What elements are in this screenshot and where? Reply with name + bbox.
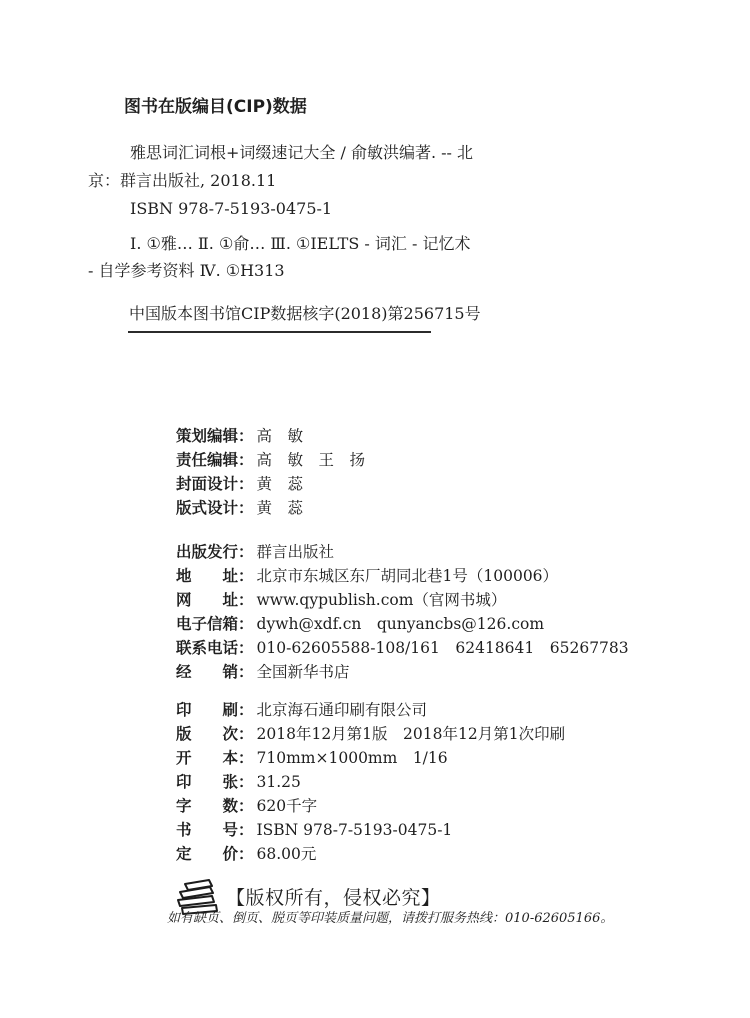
field-label: 开 本： <box>176 749 254 767</box>
editors-group: 策划编辑：高 敏 责任编辑：高 敏 王 扬 封面设计：黄 蕊 版式设计：黄 蕊 <box>176 424 629 520</box>
colophon-row: 网 址：www.qypublish.com（官网书城） <box>176 588 629 612</box>
colophon-row: 印 张：31.25 <box>176 770 629 794</box>
field-label: 责任编辑： <box>176 451 254 469</box>
field-value: 31.25 <box>257 773 301 791</box>
field-label: 字 数： <box>176 797 254 815</box>
field-label: 版 次： <box>176 725 254 743</box>
cip-publisher-line: 京：群言出版社, 2018.11 <box>88 167 668 195</box>
cip-classification-line-1: Ⅰ. ①雅… Ⅱ. ①俞… Ⅲ. ①IELTS - 词汇 - 记忆术 <box>88 230 668 257</box>
field-value: 黄 蕊 <box>257 475 304 493</box>
colophon-row: 责任编辑：高 敏 王 扬 <box>176 448 629 472</box>
field-value: ISBN 978-7-5193-0475-1 <box>257 821 453 839</box>
copyright-page: 图书在版编目(CIP)数据 雅思词汇词根+词缀速记大全 / 俞敏洪编著. -- … <box>0 0 750 1018</box>
cip-record-number: 中国版本图书馆CIP数据核字(2018)第256715号 <box>129 301 481 324</box>
colophon-row: 定 价：68.00元 <box>176 842 629 866</box>
colophon: 策划编辑：高 敏 责任编辑：高 敏 王 扬 封面设计：黄 蕊 版式设计：黄 蕊 … <box>176 424 629 866</box>
colophon-row: 版 次：2018年12月第1版 2018年12月第1次印刷 <box>176 722 629 746</box>
field-label: 策划编辑： <box>176 427 254 445</box>
field-value: 010-62605588-108/161 62418641 65267783 <box>257 639 629 657</box>
field-value: 68.00元 <box>257 845 317 863</box>
field-label: 地 址： <box>176 567 254 585</box>
field-label: 印 张： <box>176 773 254 791</box>
colophon-row: 印 刷：北京海石通印刷有限公司 <box>176 698 629 722</box>
cip-heading: 图书在版编目(CIP)数据 <box>124 92 307 117</box>
cip-title-line: 雅思词汇词根+词缀速记大全 / 俞敏洪编著. -- 北 <box>88 139 668 167</box>
field-value: 北京市东城区东厂胡同北巷1号（100006） <box>257 567 559 585</box>
field-value: 群言出版社 <box>257 543 335 561</box>
field-label: 书 号： <box>176 821 254 839</box>
colophon-row: 联系电话：010-62605588-108/161 62418641 65267… <box>176 636 629 660</box>
field-value: 高 敏 <box>257 427 304 445</box>
field-value: 2018年12月第1版 2018年12月第1次印刷 <box>257 725 566 743</box>
colophon-row: 版式设计：黄 蕊 <box>176 496 629 520</box>
field-value: 全国新华书店 <box>257 663 350 681</box>
field-value: 高 敏 王 扬 <box>257 451 366 469</box>
field-value: 北京海石通印刷有限公司 <box>257 701 428 719</box>
colophon-row: 地 址：北京市东城区东厂胡同北巷1号（100006） <box>176 564 629 588</box>
field-label: 网 址： <box>176 591 254 609</box>
colophon-row: 书 号：ISBN 978-7-5193-0475-1 <box>176 818 629 842</box>
field-label: 封面设计： <box>176 475 254 493</box>
field-value: dywh@xdf.cn qunyancbs@126.com <box>257 615 545 633</box>
field-value: 620千字 <box>257 797 318 815</box>
field-label: 经 销： <box>176 663 254 681</box>
publisher-group: 出版发行：群言出版社 地 址：北京市东城区东厂胡同北巷1号（100006） 网 … <box>176 540 629 684</box>
field-label: 印 刷： <box>176 701 254 719</box>
cip-description-paragraph: 雅思词汇词根+词缀速记大全 / 俞敏洪编著. -- 北 京：群言出版社, 201… <box>88 139 668 223</box>
colophon-row: 封面设计：黄 蕊 <box>176 472 629 496</box>
field-label: 出版发行： <box>176 543 254 561</box>
field-label: 联系电话： <box>176 639 254 657</box>
cip-classification-line-2: - 自学参考资料 Ⅳ. ①H313 <box>88 257 668 284</box>
colophon-row: 经 销：全国新华书店 <box>176 660 629 684</box>
divider-line <box>128 331 431 333</box>
field-label: 电子信箱： <box>176 615 254 633</box>
field-label: 定 价： <box>176 845 254 863</box>
field-value: www.qypublish.com（官网书城） <box>257 591 507 609</box>
cip-classification-paragraph: Ⅰ. ①雅… Ⅱ. ①俞… Ⅲ. ①IELTS - 词汇 - 记忆术 - 自学参… <box>88 230 668 284</box>
cip-isbn-line: ISBN 978-7-5193-0475-1 <box>88 195 668 223</box>
colophon-row: 出版发行：群言出版社 <box>176 540 629 564</box>
field-value: 黄 蕊 <box>257 499 304 517</box>
colophon-row: 策划编辑：高 敏 <box>176 424 629 448</box>
field-label: 版式设计： <box>176 499 254 517</box>
printing-group: 印 刷：北京海石通印刷有限公司 版 次：2018年12月第1版 2018年12月… <box>176 698 629 866</box>
copyright-notice: 【版权所有，侵权必究】 <box>226 883 441 910</box>
colophon-row: 电子信箱：dywh@xdf.cn qunyancbs@126.com <box>176 612 629 636</box>
colophon-row: 开 本：710mm×1000mm 1/16 <box>176 746 629 770</box>
field-value: 710mm×1000mm 1/16 <box>257 749 448 767</box>
service-hotline-note: 如有缺页、倒页、脱页等印装质量问题，请拨打服务热线：010-62605166。 <box>167 907 613 926</box>
colophon-row: 字 数：620千字 <box>176 794 629 818</box>
